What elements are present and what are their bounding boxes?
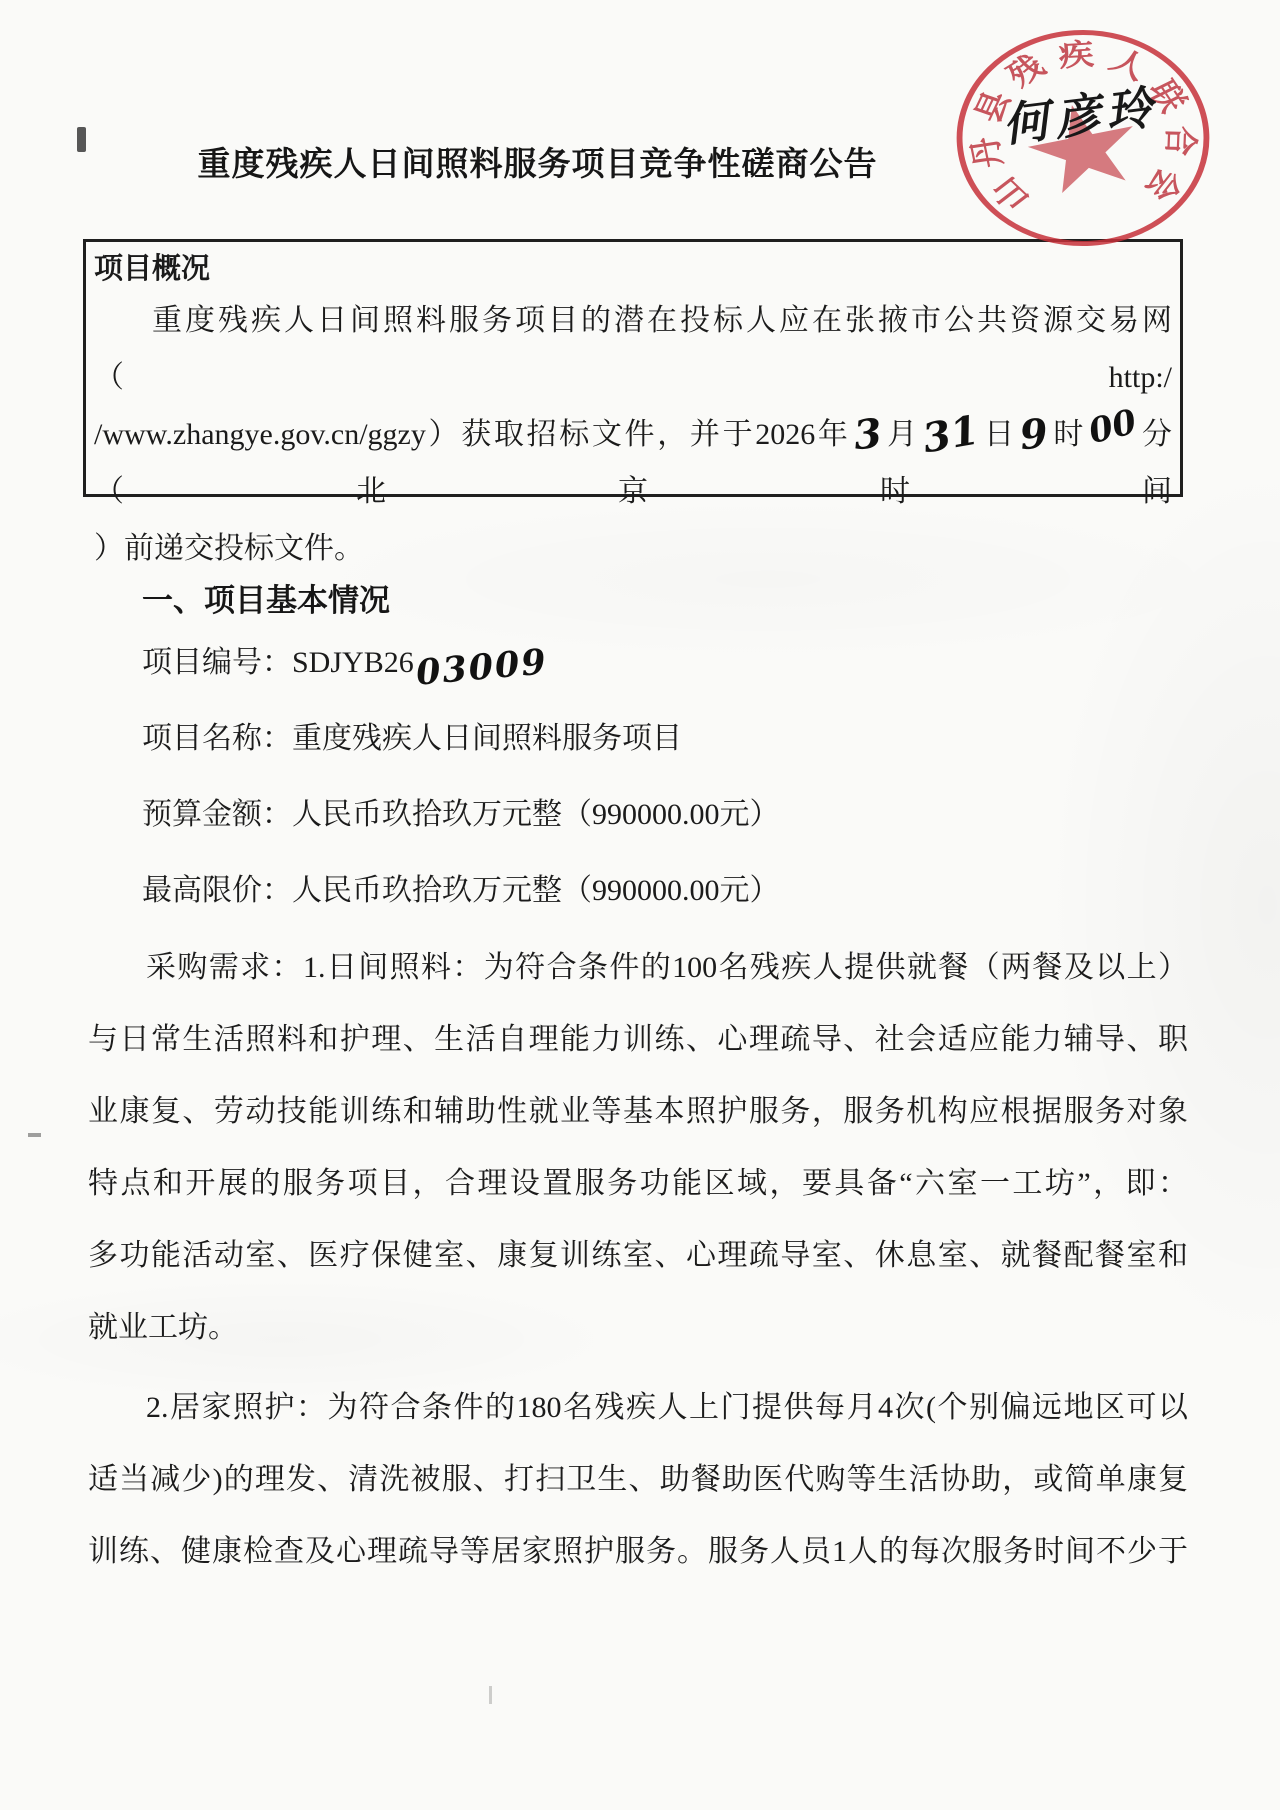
seal-char: 会 — [1135, 160, 1190, 207]
paragraph-line: 业康复、劳动技能训练和辅助性就业等基本照护服务，服务机构应根据服务对象 — [88, 1076, 1188, 1148]
paragraph-line: 多功能活动室、医疗保健室、康复训练室、心理疏导室、休息室、就餐配餐室和 — [88, 1220, 1188, 1292]
demand-paragraph-1: 采购需求：1.日间照料：为符合条件的100名残疾人提供就餐（两餐及以上） 与日常… — [88, 932, 1188, 1364]
scanned-document-page: { "title": "重度残疾人日间照料服务项目竞争性磋商公告", "seal… — [0, 0, 1280, 1810]
overview-heading: 项目概况 — [94, 246, 1172, 292]
project-name-line: 项目名称：重度残疾人日间照料服务项目 — [88, 721, 1185, 757]
paragraph-line: 适当减少)的理发、清洗被服、打扫卫生、助餐助医代购等生活协助，或简单康复 — [88, 1444, 1188, 1516]
project-number-label: 项目编号：SDJYB26 — [142, 646, 414, 679]
month-unit: 月 — [884, 418, 919, 451]
paragraph-line: 就业工坊。 — [88, 1292, 1188, 1364]
paragraph-line: 2.居家照护：为符合条件的180名残疾人上门提供每月4次(个别偏远地区可以 — [88, 1372, 1188, 1444]
minute-unit: 分 — [1139, 418, 1172, 451]
project-number-line: 项目编号：SDJYB2603009 — [88, 645, 1185, 685]
handwritten-day: 31 — [920, 410, 982, 459]
overview-line-2: /www.zhangye.gov.cn/ggzy）获取招标文件，并于2026年3… — [94, 406, 1172, 520]
seal-char: 疾 — [1055, 38, 1097, 74]
seal-char: 合 — [1158, 123, 1199, 158]
handwritten-hour: 9 — [1018, 414, 1050, 457]
day-unit: 日 — [981, 418, 1016, 451]
overview-line-1: 重度残疾人日间照料服务项目的潜在投标人应在张掖市公共资源交易网（http:/ — [94, 292, 1172, 406]
overview-line-2-prefix: /www.zhangye.gov.cn/ggzy）获取招标文件，并于2026年 — [94, 418, 851, 451]
seal-ring-text: 山 丹 县 残 疾 人 联 合 会 — [954, 28, 1194, 42]
hour-unit: 时 — [1051, 418, 1086, 451]
handwritten-month: 3 — [852, 414, 884, 457]
paragraph-line: 特点和开展的服务项目，合理设置服务功能区域，要具备“六室一工坊”，即： — [88, 1148, 1188, 1220]
overview-line-2-suffix: （北京时间 — [94, 475, 1172, 508]
budget-line: 预算金额：人民币玖拾玖万元整（990000.00元） — [88, 797, 1185, 833]
section-heading: 一、项目基本情况 — [88, 575, 1185, 620]
overview-line-3: ）前递交投标文件。 — [94, 520, 1172, 577]
paragraph-line: 采购需求：1.日间照料：为符合条件的100名残疾人提供就餐（两餐及以上） — [88, 932, 1188, 1004]
paragraph-line: 训练、健康检查及心理疏导等居家照护服务。服务人员1人的每次服务时间不少于 — [88, 1516, 1188, 1588]
paragraph-line: 与日常生活照料和护理、生活自理能力训练、心理疏导、社会适应能力辅导、职 — [88, 1004, 1188, 1076]
project-overview-box: 项目概况 重度残疾人日间照料服务项目的潜在投标人应在张掖市公共资源交易网（htt… — [83, 239, 1183, 497]
demand-paragraph-2: 2.居家照护：为符合条件的180名残疾人上门提供每月4次(个别偏远地区可以 适当… — [88, 1372, 1188, 1588]
scan-artifact — [489, 1686, 492, 1704]
max-price-line: 最高限价：人民币玖拾玖万元整（990000.00元） — [88, 873, 1185, 909]
seal-char: 山 — [984, 169, 1040, 217]
document-title: 重度残疾人日间照料服务项目竞争性磋商公告 — [0, 138, 1075, 185]
handwritten-project-number: 03009 — [414, 644, 548, 690]
handwritten-minute: 00 — [1086, 405, 1140, 449]
scan-artifact — [28, 1133, 41, 1137]
